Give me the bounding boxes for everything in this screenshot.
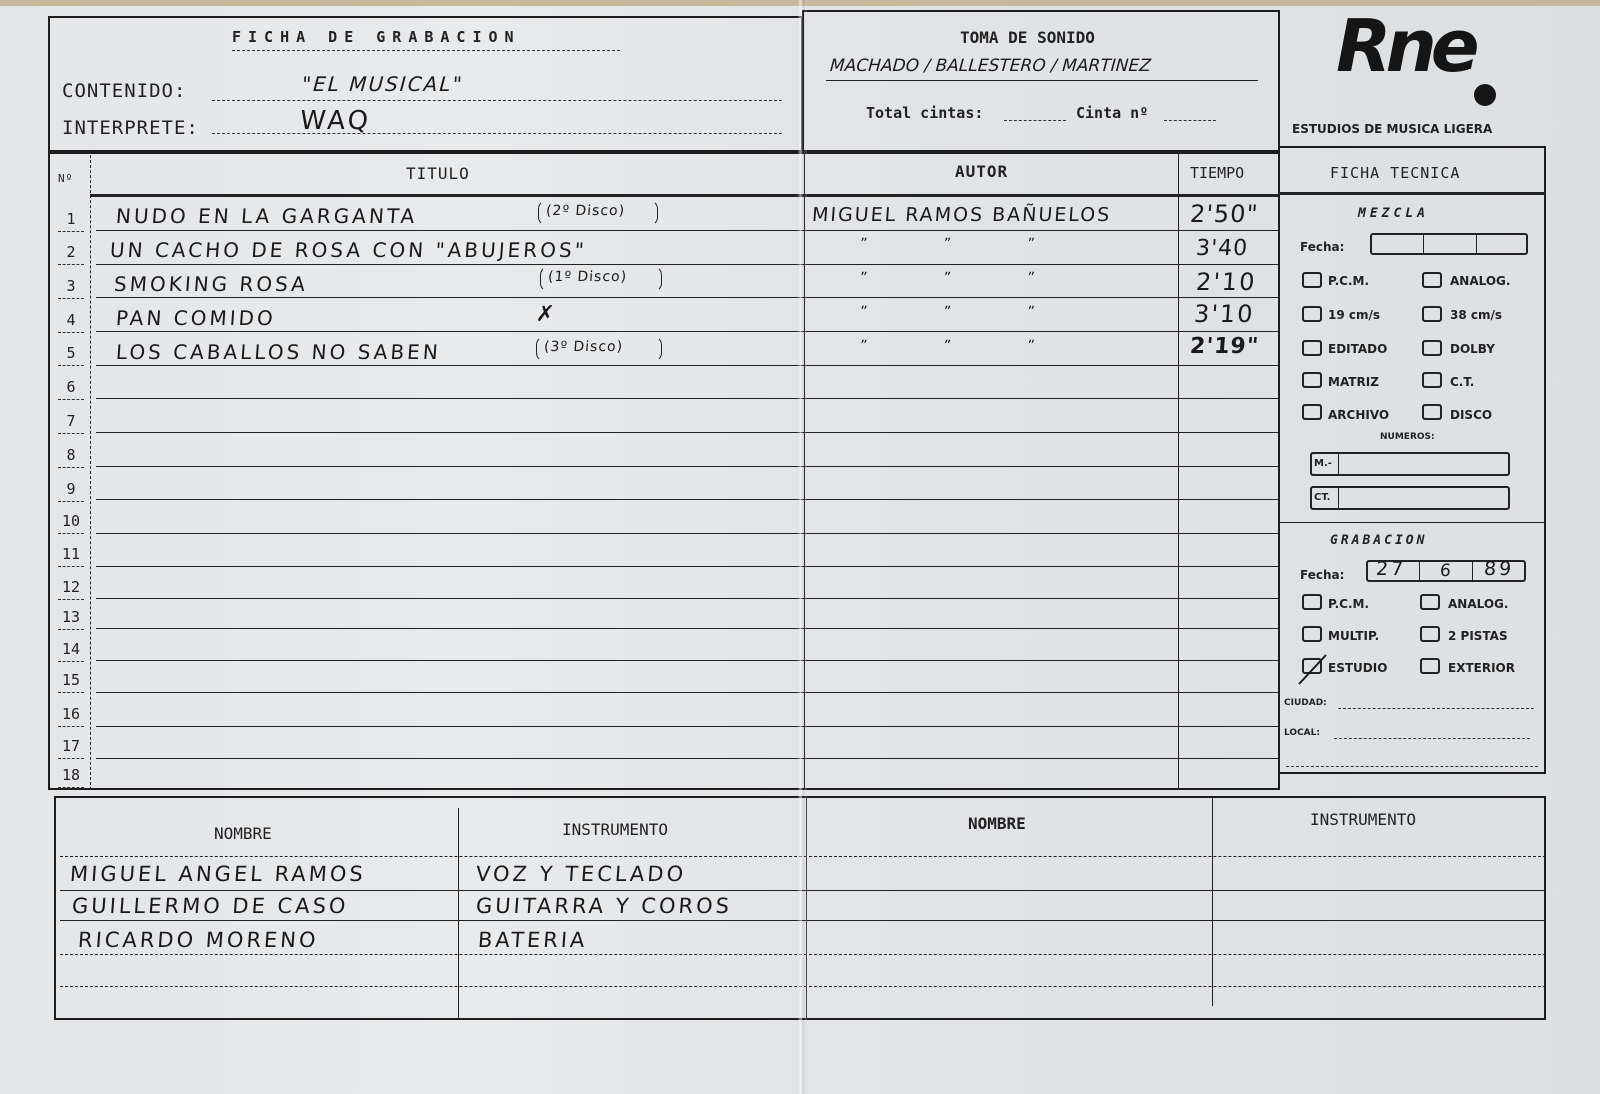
row-rule [96, 726, 1280, 727]
mezcla-analog-checkbox[interactable] [1422, 272, 1442, 288]
musician-instrument[interactable]: BATERIA [477, 928, 588, 952]
row-rule [96, 365, 1280, 366]
numero-m-field[interactable] [1310, 452, 1510, 476]
row-number: 13 [56, 608, 86, 626]
mezcla-pcm-checkbox[interactable] [1302, 272, 1322, 288]
mezcla-archivo-checkbox[interactable] [1302, 404, 1322, 420]
disc-note-crossed[interactable]: ✗ [535, 302, 558, 327]
row-rule [96, 230, 1280, 231]
interprete-value[interactable]: WAQ [299, 106, 372, 136]
ficha-tecnica-title: FICHA TECNICA [1330, 164, 1460, 182]
total-cintas-field[interactable] [1004, 120, 1066, 121]
row-rule [96, 264, 1280, 265]
rne-logo: Rne [1336, 4, 1474, 88]
col-header-n: Nº [58, 172, 73, 185]
extra-field[interactable] [1286, 766, 1538, 767]
musician-name[interactable]: RICARDO MORENO [77, 928, 319, 952]
mezcla-grabacion-divider [1278, 522, 1546, 523]
row-rule [96, 331, 1280, 332]
grabacion-multip-label: MULTIP. [1328, 629, 1379, 643]
musician-name[interactable]: MIGUEL ANGEL RAMOS [69, 862, 366, 886]
track-duration[interactable]: 3'40 [1195, 236, 1249, 261]
cinta-no-field[interactable] [1164, 120, 1216, 121]
grabacion-analog-checkbox[interactable] [1420, 594, 1440, 610]
track-title[interactable]: LOS CABALLOS NO SABEN [115, 340, 441, 364]
grabacion-fecha-label: Fecha: [1300, 568, 1344, 582]
row-rule [96, 297, 1280, 298]
track-duration[interactable]: 3'10 [1193, 300, 1255, 328]
mezcla-analog-label: ANALOG. [1450, 274, 1510, 288]
mezcla-dolby-checkbox[interactable] [1422, 340, 1442, 356]
row-rule [96, 566, 1280, 567]
row-rule [96, 533, 1280, 534]
mezcla-disco-checkbox[interactable] [1422, 404, 1442, 420]
grabacion-2pistas-label: 2 PISTAS [1448, 629, 1508, 643]
grabacion-exterior-checkbox[interactable] [1420, 658, 1440, 674]
row-number: 18 [56, 766, 86, 784]
track-author-ditto[interactable]: ” ” ” [859, 270, 1071, 286]
track-title[interactable]: SMOKING ROSA [113, 272, 309, 296]
disc-note[interactable]: (1º Disco) [547, 269, 627, 285]
form-title-underline [232, 50, 620, 51]
musicians-left-header-nombre: NOMBRE [214, 824, 272, 843]
row-number: 9 [56, 480, 86, 498]
mezcla-dolby-label: DOLBY [1450, 342, 1495, 356]
grabacion-fecha-month[interactable]: 6 [1439, 561, 1454, 581]
mezcla-19cms-label: 19 cm/s [1328, 308, 1380, 322]
row-number: 7 [56, 412, 86, 430]
grabacion-fecha-sep [1419, 560, 1420, 582]
track-author[interactable]: MIGUEL RAMOS BAÑUELOS [811, 204, 1112, 226]
grabacion-pcm-checkbox[interactable] [1302, 594, 1322, 610]
numero-ct-sep [1338, 486, 1339, 510]
track-title[interactable]: NUDO EN LA GARGANTA [115, 204, 418, 228]
mezcla-matriz-checkbox[interactable] [1302, 372, 1322, 388]
col-divider-tiempo [1178, 150, 1179, 790]
contenido-label: CONTENIDO: [62, 80, 186, 102]
contenido-line [212, 100, 782, 101]
row-rule [96, 432, 1280, 433]
row-rule [96, 398, 1280, 399]
grabacion-estudio-label: ESTUDIO [1328, 661, 1387, 675]
row-number: 14 [56, 640, 86, 658]
rne-logo-dot [1474, 84, 1496, 106]
row-number: 5 [56, 344, 86, 362]
row-number: 4 [56, 311, 86, 329]
row-number: 2 [56, 243, 86, 261]
mezcla-ct-label: C.T. [1450, 375, 1474, 389]
cinta-no-label: Cinta nº [1076, 104, 1148, 122]
tracks-header-divider [90, 194, 1280, 197]
grabacion-fecha-sep [1472, 560, 1473, 582]
musician-name[interactable]: GUILLERMO DE CASO [71, 894, 349, 918]
interprete-label: INTERPRETE: [62, 117, 199, 139]
mezcla-fecha-sep [1476, 233, 1477, 255]
grabacion-fecha-year[interactable]: 89 [1483, 558, 1515, 580]
grabacion-multip-checkbox[interactable] [1302, 626, 1322, 642]
paper-fold [797, 0, 807, 1094]
numero-m-sep [1338, 452, 1339, 476]
toma-de-sonido-line [826, 80, 1258, 81]
contenido-value[interactable]: "EL MUSICAL" [301, 72, 464, 96]
mezcla-38cms-checkbox[interactable] [1422, 306, 1442, 322]
mezcla-title: MEZCLA [1358, 206, 1429, 221]
mezcla-19cms-checkbox[interactable] [1302, 306, 1322, 322]
grabacion-title: GRABACION [1330, 533, 1427, 548]
grabacion-analog-label: ANALOG. [1448, 597, 1508, 611]
row-number: 15 [56, 671, 86, 689]
mezcla-fecha-field[interactable] [1370, 233, 1528, 255]
row-number: 16 [56, 705, 86, 723]
row-number: 11 [56, 545, 86, 563]
track-duration[interactable]: 2'10 [1195, 268, 1257, 296]
ciudad-label: CIUDAD: [1284, 698, 1327, 708]
row-number: 8 [56, 446, 86, 464]
toma-de-sonido-value[interactable]: MACHADO / BALLESTERO / MARTINEZ [829, 56, 1151, 76]
checkmark-icon [1296, 652, 1330, 686]
row-number: 10 [56, 512, 86, 530]
row-rule [96, 466, 1280, 467]
numero-m-label: M.- [1314, 458, 1332, 469]
grabacion-fecha-day[interactable]: 27 [1375, 558, 1407, 580]
row-number: 17 [56, 737, 86, 755]
mezcla-pcm-label: P.C.M. [1328, 274, 1369, 288]
numeros-label: NUMEROS: [1380, 432, 1435, 442]
col-divider-n [90, 150, 91, 790]
row-number: 1 [56, 210, 86, 228]
musicians-right-header-nombre: NOMBRE [968, 814, 1026, 833]
col-header-autor: AUTOR [955, 162, 1008, 181]
local-field[interactable] [1334, 738, 1530, 739]
musician-instrument[interactable]: GUITARRA Y COROS [475, 894, 733, 918]
mezcla-disco-label: DISCO [1450, 408, 1492, 422]
interprete-line [212, 133, 782, 134]
grabacion-2pistas-checkbox[interactable] [1420, 626, 1440, 642]
grabacion-pcm-label: P.C.M. [1328, 597, 1369, 611]
track-author-ditto[interactable]: ” ” ” [859, 304, 1071, 320]
col-header-titulo: TITULO [406, 164, 470, 183]
track-author-ditto[interactable]: ” ” ” [859, 338, 1071, 354]
musicians-col-divider [458, 808, 459, 1020]
form-title: FICHA DE GRABACION [232, 28, 521, 46]
row-rule [96, 598, 1280, 599]
track-author-ditto[interactable]: ” ” ” [859, 236, 1071, 252]
mezcla-editado-label: EDITADO [1328, 342, 1387, 356]
total-cintas-label: Total cintas: [866, 104, 983, 122]
numero-ct-field[interactable] [1310, 486, 1510, 510]
mezcla-matriz-label: MATRIZ [1328, 375, 1379, 389]
mezcla-archivo-label: ARCHIVO [1328, 408, 1389, 422]
grabacion-exterior-label: EXTERIOR [1448, 661, 1515, 675]
studio-name: ESTUDIOS DE MUSICA LIGERA [1292, 122, 1492, 136]
col-header-tiempo: TIEMPO [1190, 164, 1244, 182]
numero-ct-label: CT. [1314, 492, 1330, 503]
musician-instrument[interactable]: VOZ Y TECLADO [475, 862, 687, 886]
row-rule [96, 692, 1280, 693]
disc-note[interactable]: (3º Disco) [543, 339, 623, 355]
toma-de-sonido-label: TOMA DE SONIDO [960, 28, 1095, 47]
mezcla-38cms-label: 38 cm/s [1450, 308, 1502, 322]
row-number: 6 [56, 378, 86, 396]
row-rule [96, 499, 1280, 500]
row-number: 12 [56, 578, 86, 596]
track-title[interactable]: PAN COMIDO [115, 306, 276, 330]
track-duration[interactable]: 2'50" [1189, 200, 1259, 228]
track-title[interactable]: UN CACHO DE ROSA CON "ABUJEROS" [109, 238, 588, 262]
row-rule [96, 758, 1280, 759]
ficha-tecnica-divider [1278, 192, 1546, 195]
disc-note[interactable]: (2º Disco) [545, 203, 625, 219]
row-rule [96, 660, 1280, 661]
mezcla-fecha-label: Fecha: [1300, 240, 1344, 254]
mezcla-ct-checkbox[interactable] [1422, 372, 1442, 388]
musicians-left-header-instrumento: INSTRUMENTO [562, 820, 668, 839]
musicians-col-divider [1212, 798, 1213, 1006]
musicians-right-header-instrumento: INSTRUMENTO [1310, 810, 1416, 829]
mezcla-editado-checkbox[interactable] [1302, 340, 1322, 356]
row-rule [96, 628, 1280, 629]
local-label: LOCAL: [1284, 728, 1320, 738]
mezcla-fecha-sep [1423, 233, 1424, 255]
ciudad-field[interactable] [1338, 708, 1534, 709]
track-duration[interactable]: 2'19" [1189, 334, 1260, 359]
row-number: 3 [56, 277, 86, 295]
